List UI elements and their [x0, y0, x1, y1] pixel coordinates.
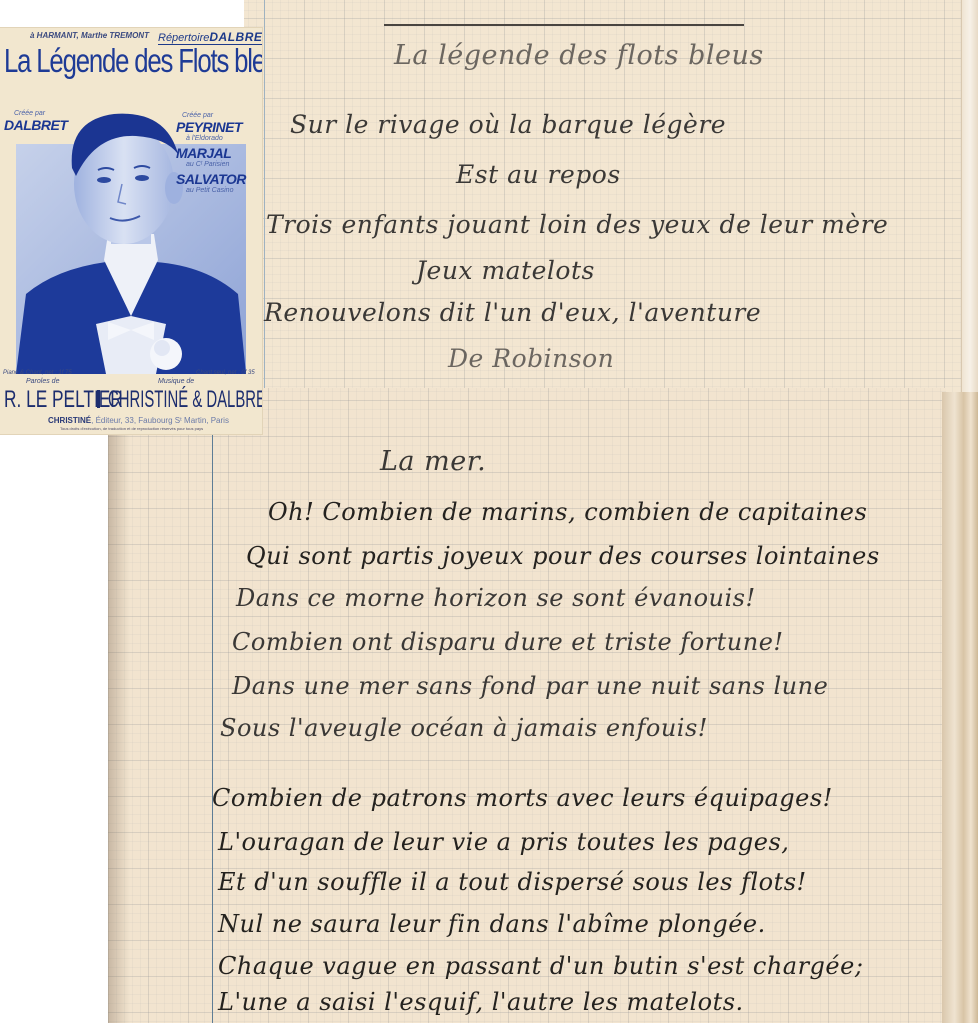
lyric-line: L'une a saisi l'esquif, l'autre les mate…: [218, 988, 744, 1016]
venue-name: au Cᵗ Parisien: [186, 161, 262, 168]
lyric-line: Nul ne saura leur fin dans l'abîme plong…: [218, 910, 766, 938]
rights-notice: Tous droits d'exécution, de traduction e…: [60, 426, 203, 431]
title-underline: [384, 24, 744, 26]
created-by-label: Créée par: [176, 112, 262, 119]
lyric-line: Est au repos: [456, 160, 621, 189]
price-piano: Piano & Chant, net : 1f 75: [3, 370, 72, 376]
lyric-line: De Robinson: [448, 344, 614, 373]
lyric-line: Renouvelons dit l'un d'eux, l'aventure: [264, 298, 761, 327]
price-voice: Chant seul, net : 0f 35: [196, 370, 255, 376]
created-by-left: Créée par DALBRET: [4, 110, 64, 133]
dedication: à HARMANT, Marthe TREMONT: [30, 31, 149, 40]
lyric-line: Sous l'aveugle océan à jamais enfouis!: [220, 714, 708, 742]
lyric-line: Sur le rivage où la barque légère: [290, 110, 726, 139]
page-shadow: [108, 388, 130, 1023]
artist-name: DALBRET: [4, 117, 64, 133]
lyric-line: Dans ce morne horizon se sont évanouis!: [236, 584, 756, 612]
lyric-line: Oh! Combien de marins, combien de capita…: [268, 498, 867, 526]
sheet-music-cover: à HARMANT, Marthe TREMONT RépertoireDALB…: [0, 28, 262, 434]
margin-line: [264, 0, 265, 392]
page2-title: La mer.: [380, 446, 486, 477]
margin-line: [212, 398, 213, 1023]
publisher-address: , Éditeur, 33, Faubourg Sᵗ Martin, Paris: [91, 416, 229, 425]
separator-ornament: [97, 390, 100, 408]
song-title: La Légende des Flots bleus: [4, 42, 205, 80]
lyric-line: Qui sont partis joyeux pour des courses …: [246, 542, 880, 570]
venue-name: au Petit Casino: [186, 187, 262, 194]
artist-name: SALVATOR: [176, 171, 262, 187]
venue-name: à l'Eldorado: [186, 135, 262, 142]
lyricist-name: R. LE PELTIER: [4, 386, 123, 414]
artist-name: MARJAL: [176, 145, 262, 161]
composer-names: CHRISTINÉ & DALBRET: [108, 386, 262, 414]
lyric-line: Combien de patrons morts avec leurs équi…: [212, 784, 833, 812]
notebook-page-1: La légende des flots bleus Sur le rivage…: [244, 0, 970, 392]
music-label: Musique de: [158, 378, 194, 385]
created-by-right: Créée par PEYRINET à l'Eldorado MARJAL a…: [176, 112, 262, 197]
lyric-line: L'ouragan de leur vie a pris toutes les …: [218, 828, 789, 856]
lyric-line: Dans une mer sans fond par une nuit sans…: [232, 672, 828, 700]
lyric-line: Chaque vague en passant d'un butin s'est…: [218, 952, 863, 980]
publisher-line: CHRISTINÉ, Éditeur, 33, Faubourg Sᵗ Mart…: [48, 416, 229, 425]
publisher-name: CHRISTINÉ: [48, 416, 91, 425]
lyric-line: Jeux matelots: [416, 256, 595, 285]
lyrics-label: Paroles de: [26, 378, 59, 385]
page1-title: La légende des flots bleus: [394, 40, 764, 71]
notebook-page-2: La mer. Oh! Combien de marins, combien d…: [108, 388, 946, 1023]
lyric-line: Et d'un souffle il a tout dispersé sous …: [218, 868, 807, 896]
created-by-label: Créée par: [4, 110, 64, 117]
artist-name: PEYRINET: [176, 119, 262, 135]
notebook-page-edges: [942, 392, 978, 1023]
lyric-line: Combien ont disparu dure et triste fortu…: [232, 628, 784, 656]
lyric-line: Trois enfants jouant loin des yeux de le…: [266, 210, 888, 239]
